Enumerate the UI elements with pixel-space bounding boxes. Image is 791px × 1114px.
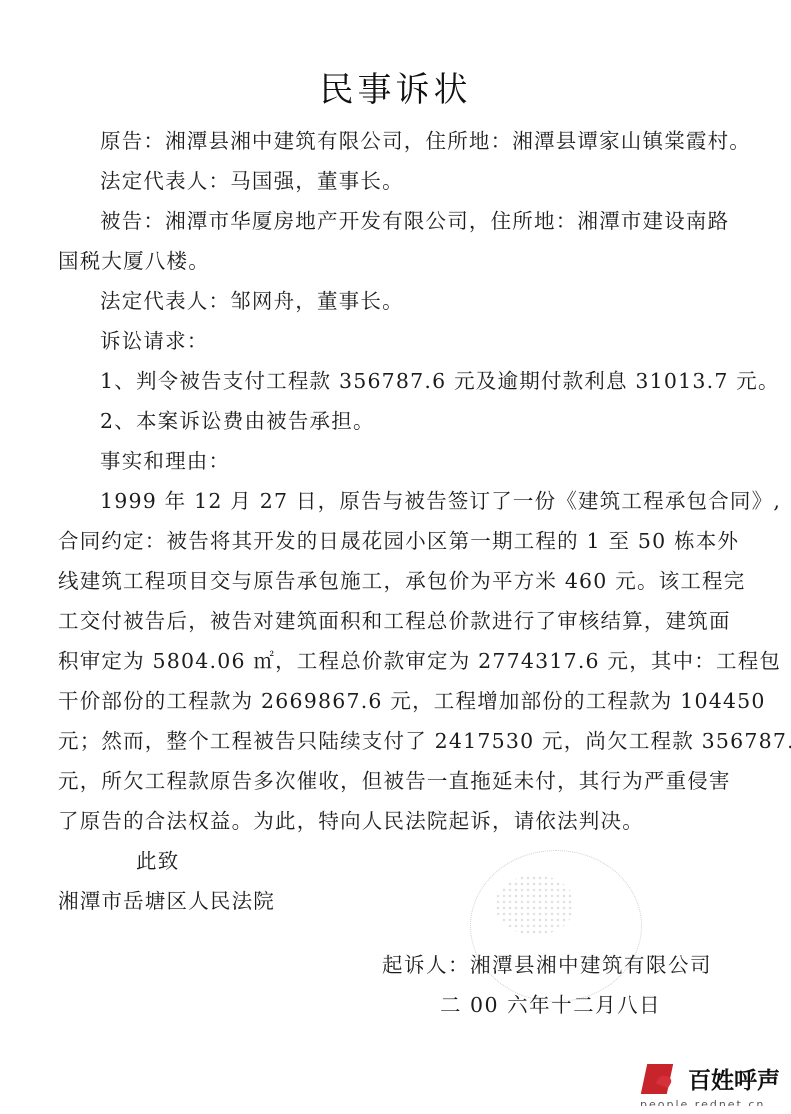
facts-line: 1999 年 12 月 27 日，原告与被告签订了一份《建筑工程承包合同》,	[100, 488, 781, 514]
facts-line: 了原告的合法权益。为此，特向人民法院起诉，请依法判决。	[58, 808, 644, 834]
claims-heading: 诉讼请求：	[100, 328, 209, 354]
watermark-brand: 百姓呼声	[688, 1062, 780, 1095]
facts-line: 工交付被告后，被告对建筑面积和工程总价款进行了审核结算，建筑面	[58, 608, 731, 634]
document-title: 民事诉状	[0, 62, 791, 111]
facts-line: 干价部份的工程款为 2669867.6 元，工程增加部份的工程款为 104450	[58, 688, 766, 714]
brand-logo-icon	[641, 1064, 673, 1094]
defendant-line-2: 国税大厦八楼。	[58, 248, 210, 274]
facts-heading: 事实和理由：	[100, 448, 230, 474]
closing-salutation: 此致	[136, 848, 179, 874]
defendant-line-1: 被告：湘潭市华厦房地产开发有限公司，住所地：湘潭市建设南路	[100, 208, 729, 234]
facts-line: 合同约定：被告将其开发的日晟花园小区第一期工程的 1 至 50 栋本外	[58, 528, 739, 554]
watermark-url: people.rednet.cn	[640, 1098, 765, 1106]
filing-date: 二 00 六年十二月八日	[440, 988, 661, 1018]
facts-line: 积审定为 5804.06 ㎡，工程总价款审定为 2774317.6 元，其中：工…	[58, 648, 781, 674]
claim-item-2: 2、本案诉讼费由被告承担。	[100, 408, 375, 434]
plaintiff-signature: 起诉人：湘潭县湘中建筑有限公司	[382, 948, 712, 978]
court-name: 湘潭市岳塘区人民法院	[58, 888, 275, 914]
facts-line: 元，所欠工程款原告多次催收，但被告一直拖延未付，其行为严重侵害	[58, 768, 731, 794]
plaintiff-representative: 法定代表人：马国强，董事长。	[100, 168, 404, 194]
complaint-document: 民事诉状 原告：湘潭县湘中建筑有限公司，住所地：湘潭县谭家山镇棠霞村。 法定代表…	[0, 0, 791, 1114]
watermark-logo: 百姓呼声 people.rednet.cn	[636, 1058, 791, 1114]
facts-line: 线建筑工程项目交与原告承包施工，承包价为平方米 460 元。该工程完	[58, 568, 745, 594]
facts-line: 元；然而，整个工程被告只陆续支付了 2417530 元，尚欠工程款 356787…	[58, 728, 791, 754]
claim-item-1: 1、判令被告支付工程款 356787.6 元及逾期付款利息 31013.7 元。	[100, 368, 780, 394]
seal-texture	[495, 875, 575, 935]
plaintiff-line: 原告：湘潭县湘中建筑有限公司，住所地：湘潭县谭家山镇棠霞村。	[100, 128, 751, 154]
defendant-representative: 法定代表人：邹网舟，董事长。	[100, 288, 404, 314]
